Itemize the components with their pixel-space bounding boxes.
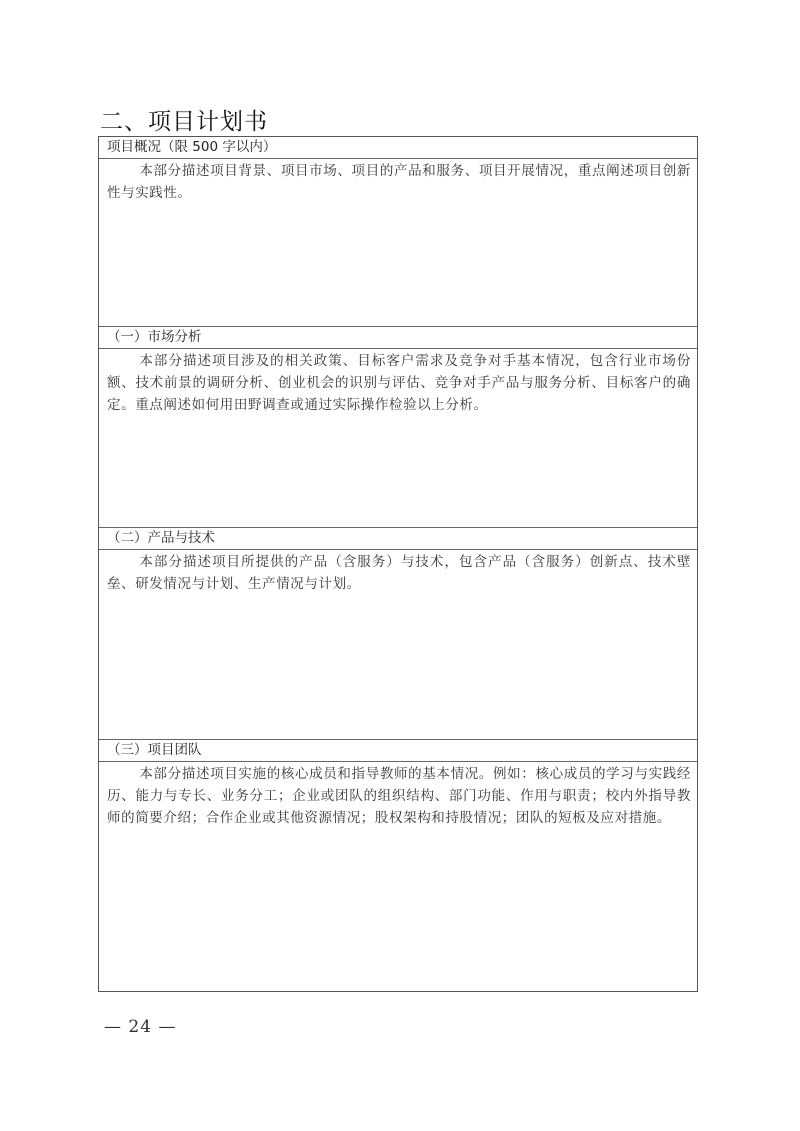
section-body-project-team[interactable]: 本部分描述项目实施的核心成员和指导教师的基本情况。例如：核心成员的学习与实践经历…	[99, 762, 697, 990]
section-description-market-analysis: 本部分描述项目涉及的相关政策、目标客户需求及竞争对手基本情况，包含行业市场份额、…	[107, 353, 691, 413]
section-description-project-team: 本部分描述项目实施的核心成员和指导教师的基本情况。例如：核心成员的学习与实践经历…	[107, 766, 691, 826]
section-body-product-technology[interactable]: 本部分描述项目所提供的产品（含服务）与技术，包含产品（含服务）创新点、技术壁垒、…	[99, 550, 697, 739]
section-title-market-analysis: （一）市场分析	[99, 326, 697, 349]
section-title-product-technology: （二）产品与技术	[99, 527, 697, 550]
section-title-overview: 项目概况（限 500 字以内）	[99, 137, 697, 159]
page-heading: 二、项目计划书	[100, 108, 268, 136]
section-title-project-team: （三）项目团队	[99, 739, 697, 762]
section-description-product-technology: 本部分描述项目所提供的产品（含服务）与技术，包含产品（含服务）创新点、技术壁垒、…	[107, 554, 691, 592]
section-body-overview[interactable]: 本部分描述项目背景、项目市场、项目的产品和服务、项目开展情况，重点阐述项目创新性…	[99, 159, 697, 327]
page-number: — 24 —	[104, 1017, 176, 1037]
section-body-market-analysis[interactable]: 本部分描述项目涉及的相关政策、目标客户需求及竞争对手基本情况，包含行业市场份额、…	[99, 349, 697, 527]
project-plan-table: 项目概况（限 500 字以内） 本部分描述项目背景、项目市场、项目的产品和服务、…	[98, 136, 698, 992]
section-description-overview: 本部分描述项目背景、项目市场、项目的产品和服务、项目开展情况，重点阐述项目创新性…	[107, 163, 691, 201]
